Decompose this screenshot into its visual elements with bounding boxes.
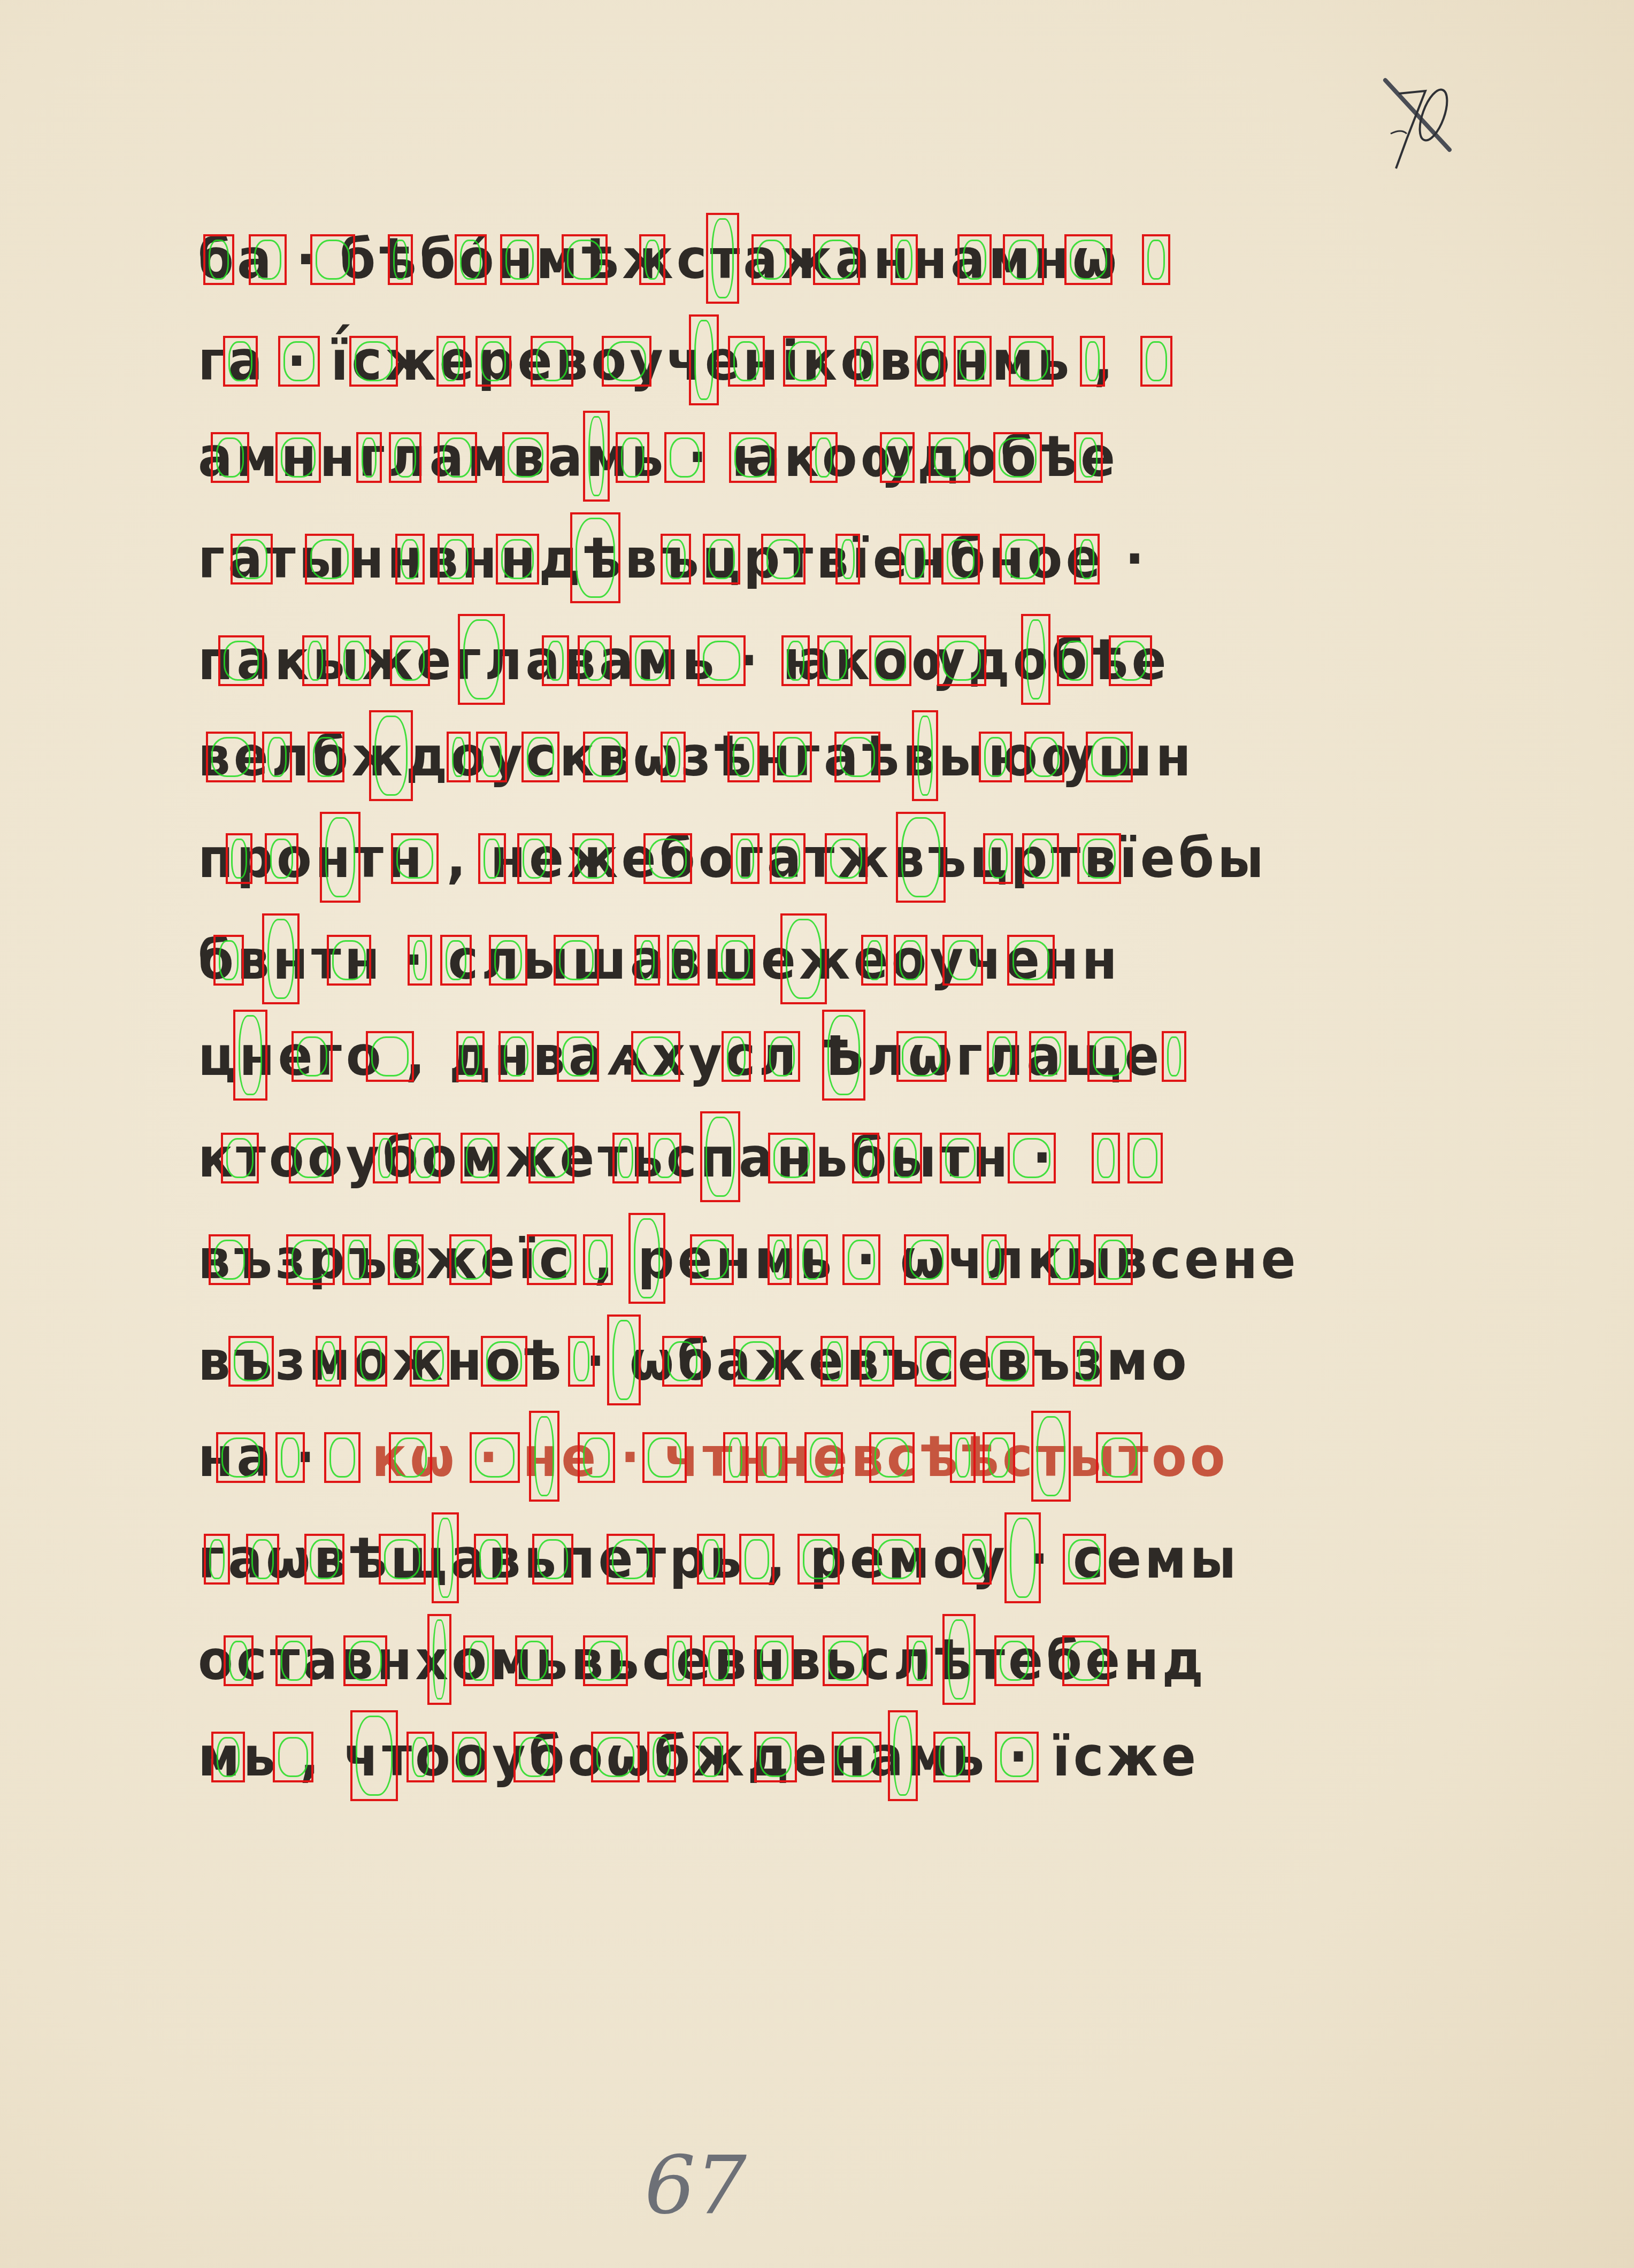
- folio-number-mark: [1369, 70, 1466, 176]
- manuscript-line: пакыжеглавамь · ꙗкоѹдобѣе: [198, 629, 1170, 691]
- line-text: гаѡвѣщавьпетрь , ремоу · семы: [198, 1527, 1239, 1590]
- line-text: ба · бѣбо́нмѣжстажаннамнѡ: [198, 228, 1120, 291]
- line-text: на ·: [198, 1426, 318, 1489]
- manuscript-line: ктооубомжетьспаньбытн ·: [198, 1127, 1055, 1189]
- line-text: ктооубомжетьспаньбытн ·: [198, 1126, 1055, 1189]
- manuscript-page: ба · бѣбо́нмѣжстажаннамнѡга · ї́сжеревоу…: [0, 0, 1634, 2268]
- manuscript-line: гатыннвнндѣвъцртвїенбное ·: [198, 528, 1147, 590]
- character-bbox: [1142, 234, 1170, 285]
- manuscript-line: гаѡвѣщавьпетрь , ремоу · семы: [198, 1528, 1239, 1590]
- page-number: 67: [645, 2139, 747, 2232]
- line-text: га · ї́сжеревоученіковонмь ,: [198, 329, 1116, 393]
- line-text: възможноѣ · ѡбажевъсевъзмо: [198, 1329, 1190, 1393]
- manuscript-line: цнего , днваѧхусл Ѣлѡглаще: [198, 1025, 1162, 1087]
- line-text: велбждоусквѡзѣнгаѣвыюѹшн: [198, 725, 1194, 788]
- line-text: възръвжеїс , ренмь · ѡчлкывсене: [198, 1228, 1299, 1291]
- manuscript-line: пронтн , нежебогатжвъцртвїебы: [198, 827, 1267, 889]
- manuscript-line: възръвжеїс , ренмь · ѡчлкывсене: [198, 1228, 1299, 1290]
- line-text: гатыннвнндѣвъцртвїенбное ·: [198, 527, 1147, 590]
- manuscript-line: бвнтн · слышавшежеоученн: [198, 929, 1121, 991]
- character-bbox: [1162, 1031, 1186, 1082]
- manuscript-line: мь , чтооубоѡбжденамь · їсже: [198, 1726, 1199, 1788]
- manuscript-line: оставнхомьвьсевнвьслѣтебенд: [198, 1629, 1207, 1692]
- manuscript-line: на ·кѡ · не · чтнневсѣѣстытоо: [198, 1426, 1229, 1488]
- line-text: амннгламвамь · ꙗкоѹдобѣе: [198, 426, 1118, 489]
- manuscript-line: га · ї́сжеревоученіковонмь ,: [198, 330, 1116, 392]
- character-bbox: [1092, 1133, 1120, 1183]
- line-text: оставнхомьвьсевнвьслѣтебенд: [198, 1629, 1207, 1692]
- line-text: бвнтн · слышавшежеоученн: [198, 928, 1121, 991]
- line-text: цнего , днваѧхусл Ѣлѡглаще: [198, 1025, 1162, 1088]
- line-text: мь , чтооубоѡбжденамь · їсже: [198, 1725, 1199, 1788]
- line-text: пакыжеглавамь · ꙗкоѹдобѣе: [198, 629, 1170, 692]
- line-text: пронтн , нежебогатжвъцртвїебы: [198, 827, 1267, 890]
- rubric-text: кѡ · не · чтнневсѣѣстытоо: [372, 1426, 1229, 1489]
- manuscript-line: възможноѣ · ѡбажевъсевъзмо: [198, 1330, 1190, 1392]
- character-bbox: [1140, 336, 1172, 387]
- manuscript-line: велбждоусквѡзѣнгаѣвыюѹшн: [198, 726, 1194, 788]
- character-bbox: [1127, 1133, 1163, 1183]
- manuscript-line: ба · бѣбо́нмѣжстажаннамнѡ: [198, 228, 1120, 290]
- manuscript-line: амннгламвамь · ꙗкоѹдобѣе: [198, 426, 1118, 488]
